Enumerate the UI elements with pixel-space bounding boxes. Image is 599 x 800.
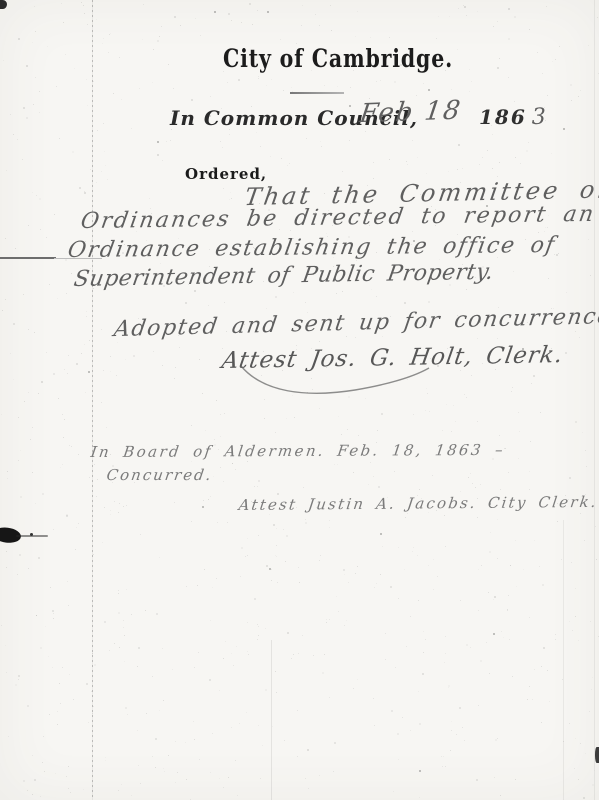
- order-text-line-3: Ordinance establishing the office of: [66, 233, 558, 263]
- signature-flourish: [235, 362, 435, 398]
- fold-line-vertical-right-edge: [594, 0, 595, 800]
- council-date-handwritten: Feb 18: [358, 95, 464, 129]
- year-printed-prefix: 186: [479, 105, 527, 129]
- fold-line-vertical-left: [92, 0, 93, 800]
- concurred-line: Concurred.: [105, 466, 213, 484]
- ink-mark-right-edge: [595, 747, 599, 763]
- year-handwritten-digit: 3: [532, 105, 546, 130]
- fold-crease-horizontal-left: [0, 257, 56, 259]
- aldermen-attest-line: Attest Justin A. Jacobs. City Clerk.: [238, 493, 599, 514]
- fold-line-vertical-mid: [271, 640, 272, 800]
- ordered-label: Ordered,: [185, 165, 267, 183]
- scanned-document-page: City of Cambridge. In Common Council, Fe…: [0, 0, 599, 800]
- fold-line-vertical-lower-right: [563, 520, 564, 800]
- council-year: 1863: [479, 105, 546, 130]
- ink-blot-dot: [30, 533, 33, 536]
- title-underline-rule: [290, 92, 344, 94]
- aldermen-heading: In Board of Aldermen. Feb. 18, 1863 –: [90, 441, 507, 461]
- page-title: City of Cambridge.: [223, 44, 453, 73]
